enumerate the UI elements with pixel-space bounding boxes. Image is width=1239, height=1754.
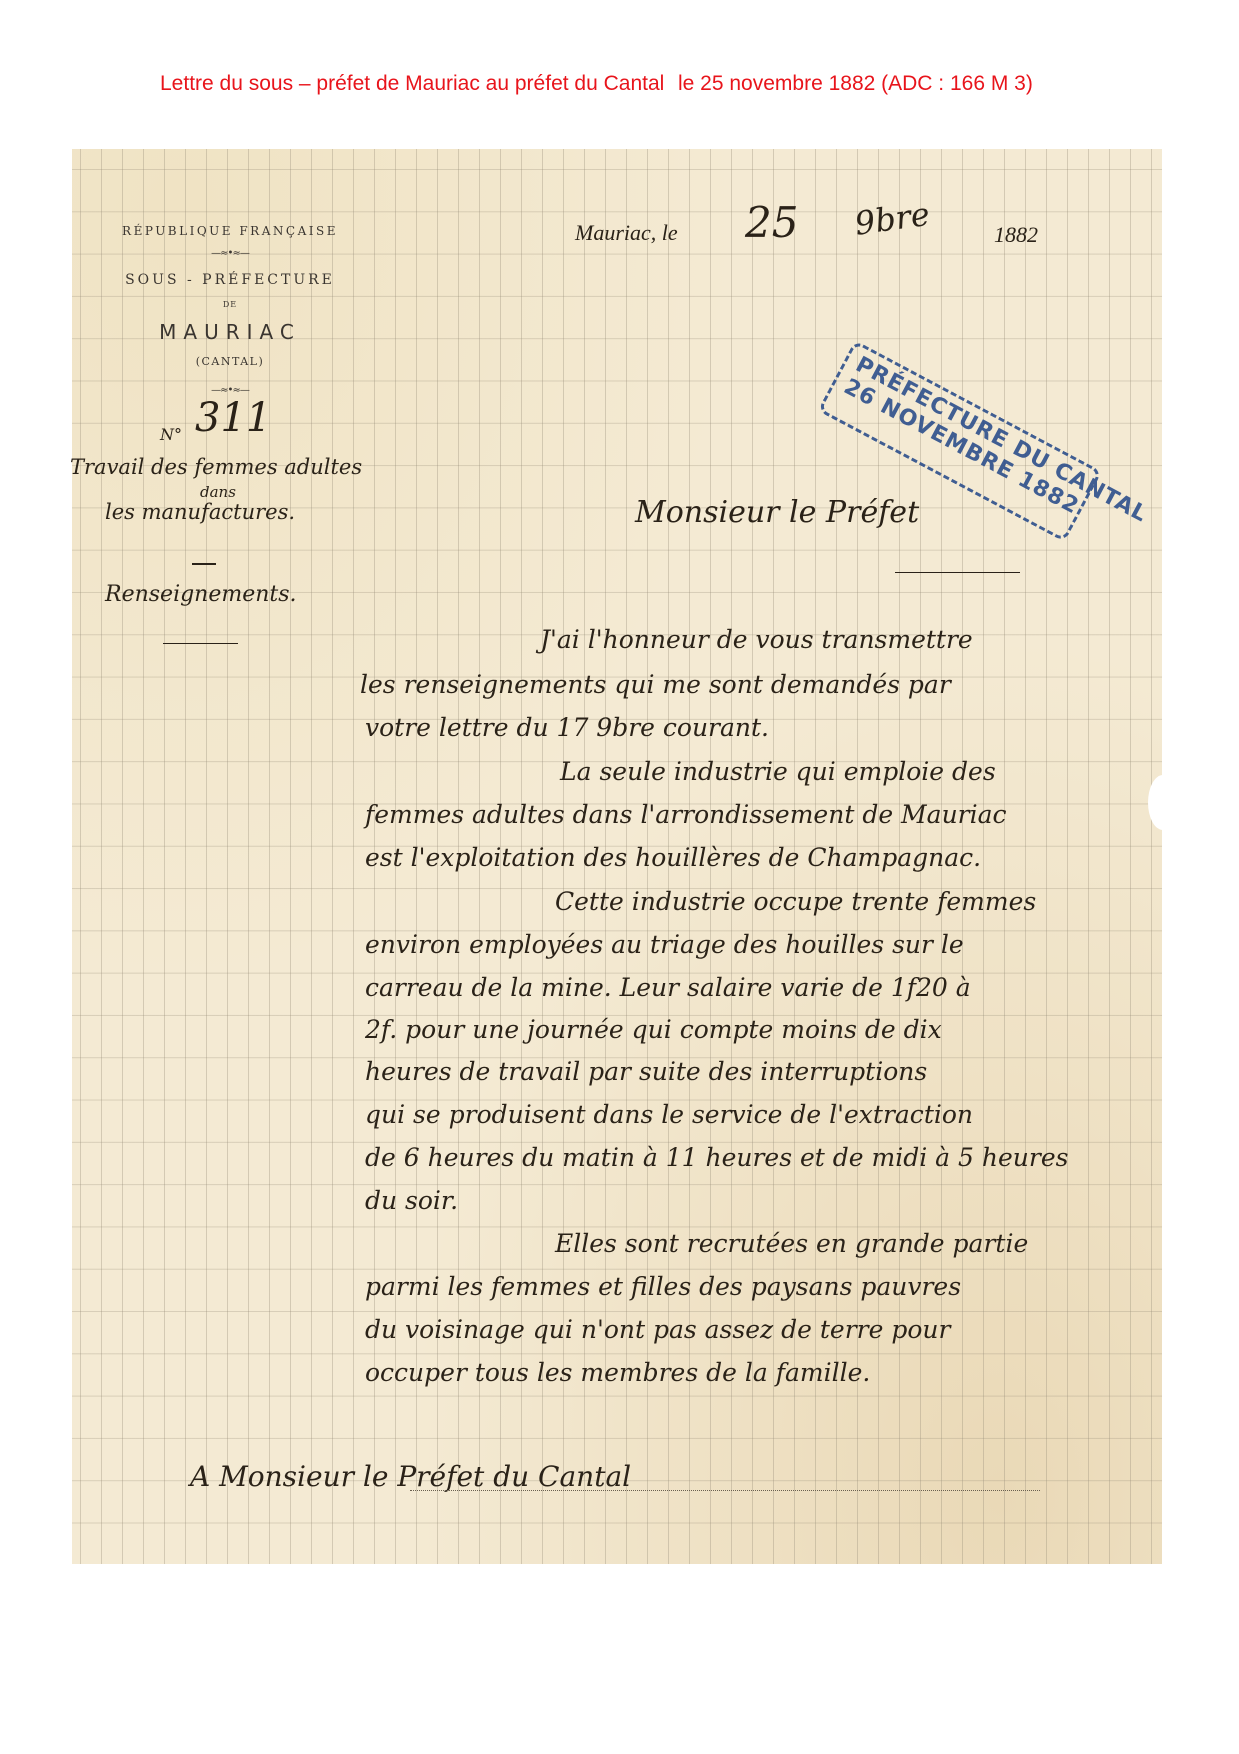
letterhead-office: SOUS - PRÉFECTURE bbox=[110, 272, 350, 288]
margin-divider bbox=[163, 643, 238, 644]
body-line: du voisinage qui n'ont pas assez de terr… bbox=[365, 1315, 950, 1344]
margin-category: Renseignements. bbox=[105, 582, 297, 607]
body-line: du soir. bbox=[365, 1186, 458, 1215]
body-line: Elles sont recrutées en grande partie bbox=[555, 1229, 1028, 1258]
body-line: les renseignements qui me sont demandés … bbox=[360, 670, 951, 699]
body-line: votre lettre du 17 9bre courant. bbox=[365, 713, 769, 742]
body-line: occuper tous les membres de la famille. bbox=[365, 1358, 870, 1387]
margin-subject-dans: dans bbox=[200, 483, 236, 501]
margin-subject-line2: les manufactures. bbox=[105, 500, 295, 524]
dateline-year: 1882 bbox=[994, 222, 1038, 248]
body-line: heures de travail par suite des interrup… bbox=[365, 1057, 927, 1086]
letterhead-city: MAURIAC bbox=[110, 320, 350, 344]
body-line: environ employées au triage des houilles… bbox=[365, 930, 964, 959]
caption-date-reference: le 25 novembre 1882 (ADC : 166 M 3) bbox=[678, 72, 1033, 96]
paper-tear bbox=[1148, 775, 1178, 830]
margin-number-value: 311 bbox=[195, 395, 271, 441]
address-rule bbox=[410, 1490, 1040, 1491]
body-line: de 6 heures du matin à 11 heures et de m… bbox=[365, 1143, 1068, 1172]
margin-divider bbox=[192, 563, 216, 565]
letterhead-ornament-icon: —≈•≈— bbox=[205, 248, 255, 259]
body-line: La seule industrie qui emploie des bbox=[560, 757, 996, 786]
salutation-underline bbox=[895, 572, 1020, 573]
recipient-address: A Monsieur le Préfet du Cantal bbox=[190, 1460, 631, 1493]
caption-title: Lettre du sous – préfet de Mauriac au pr… bbox=[160, 72, 664, 96]
body-line: carreau de la mine. Leur salaire varie d… bbox=[365, 973, 971, 1002]
salutation: Monsieur le Préfet bbox=[635, 495, 919, 530]
letterhead-republic: RÉPUBLIQUE FRANÇAISE bbox=[110, 224, 350, 238]
letterhead-department: (CANTAL) bbox=[150, 355, 310, 368]
body-line: parmi les femmes et filles des paysans p… bbox=[365, 1272, 961, 1301]
body-line: J'ai l'honneur de vous transmettre bbox=[540, 625, 973, 654]
letterhead-de: DE bbox=[205, 300, 255, 309]
body-line: Cette industrie occupe trente femmes bbox=[555, 887, 1036, 916]
dateline-day: 25 bbox=[745, 198, 798, 247]
body-line: 2f. pour une journée qui compte moins de… bbox=[365, 1015, 942, 1044]
margin-number-label: N° bbox=[160, 425, 182, 444]
body-line: est l'exploitation des houillères de Cha… bbox=[365, 843, 981, 872]
body-line: femmes adultes dans l'arrondissement de … bbox=[365, 800, 1007, 829]
dateline-place: Mauriac, le bbox=[575, 220, 678, 246]
margin-subject-line1: Travail des femmes adultes bbox=[70, 455, 362, 479]
body-line: qui se produisent dans le service de l'e… bbox=[365, 1100, 973, 1129]
